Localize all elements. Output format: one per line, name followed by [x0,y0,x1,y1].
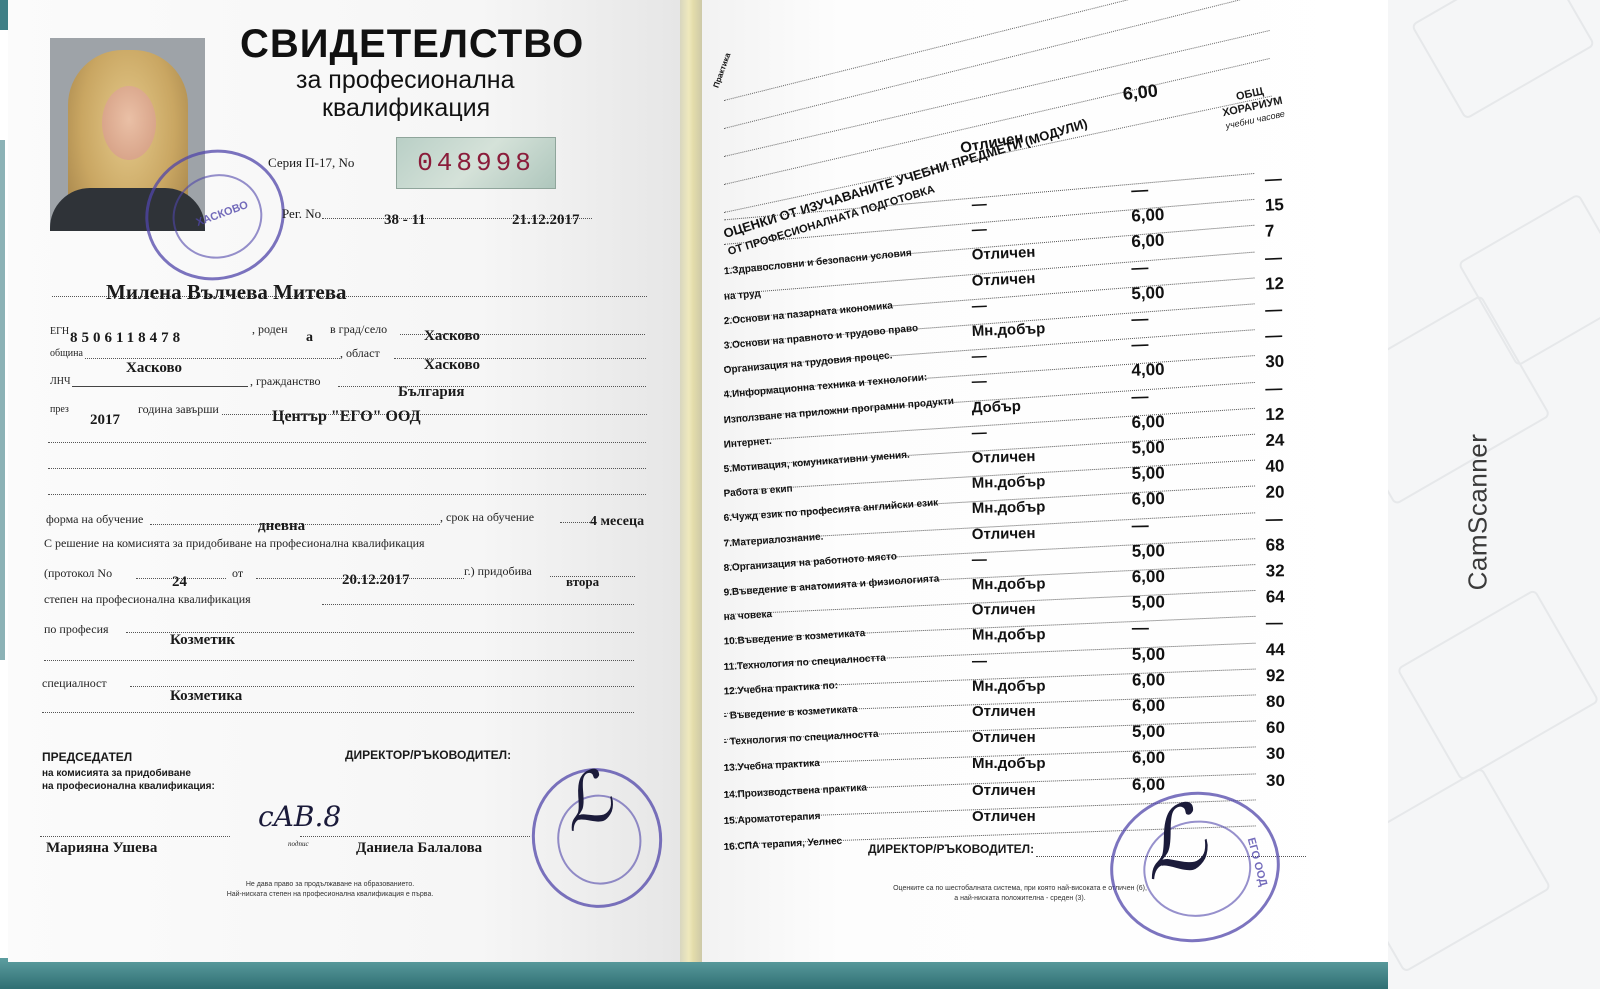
holder-name: Милена Вълчева Митева [106,280,347,305]
grade-word: Мн.добър [972,499,1046,518]
training-duration-value: 4 месеца [590,514,644,530]
protocol-label: (протокол No [44,566,112,581]
hours-value: 60 [1266,718,1285,738]
grade-number: 5,00 [1132,722,1165,742]
hours-value: — [1266,614,1283,634]
subject-name: на труд [723,288,761,303]
grade-word: Мн.добър [972,473,1046,492]
protocol-number: 24 [172,574,187,591]
grade-number: 5,00 [1131,283,1165,304]
egn-value: 8506118478 [70,330,184,347]
grade-number: 6,00 [1131,489,1165,510]
training-form-value: дневна [258,518,305,535]
camscanner-watermark: CamScanner [1463,434,1494,591]
certificate-subtitle-2: квалификация [322,94,490,123]
grade-number: — [1131,335,1149,356]
subject-name: - Въведение в козметиката [723,704,857,722]
hours-value: 12 [1265,274,1285,295]
born-suffix: а [306,330,313,346]
protocol-from-label: от [232,566,243,581]
subject-name: Интернет. [723,436,772,451]
municipality-label: община [50,348,83,359]
hours-value: — [1264,169,1282,190]
grade-word: Отличен [972,448,1036,467]
subject-name: Организация на трудовия процес. [723,350,893,376]
subject-name: 9.Въведение в анатомията и физиологията [723,573,939,598]
subject-name: 16.СПА терапия, Уелнес [723,836,842,853]
chair-sub-1: на комисията за придобиване [42,767,191,780]
serial-number: 048998 [396,137,556,189]
subject-name: на човека [723,609,772,623]
hours-value: 68 [1266,535,1285,555]
hours-value: 7 [1265,222,1275,242]
citizenship-value: България [398,384,465,401]
hours-value: — [1265,378,1283,399]
acquires-label: г.) придобива [464,564,532,579]
citizenship-label: , гражданство [250,374,321,389]
hours-value: 32 [1266,561,1285,581]
decision-text: С решение на комисията за придобиване на… [44,536,425,551]
grade-number: — [1131,180,1149,201]
grade-word: Мн.добър [972,677,1046,694]
grade-word: Отличен [971,244,1035,264]
grade-word: Мн.добър [972,575,1046,593]
registration-number: 38 - 11 [384,212,426,229]
town-label: в град/село [330,322,387,337]
subject-name: 8.Организация на работното място [723,551,897,574]
grade-word: Отличен [972,703,1036,720]
hours-value: 30 [1266,744,1285,764]
top-grade-number: 6,00 [1122,80,1159,105]
grade-number: 5,00 [1132,541,1165,562]
grade-number: 5,00 [1132,644,1165,664]
grade-word: — [971,196,987,214]
serial-label: Серия П-17, No [268,155,354,171]
grade-number: 6,00 [1131,231,1165,253]
grade-row: 13.Учебна практикаМн.добър6,0030 [724,752,1304,776]
degree-label: степен на професионална квалификация [44,592,251,607]
certificate-subtitle-1: за професионална [296,66,515,95]
grades-director-label: ДИРЕКТОР/РЪКОВОДИТЕЛ: [868,842,1034,856]
hours-value: 20 [1265,483,1284,503]
profession-value: Козметик [170,632,235,649]
subject-name: 6.Чужд език по професията английски език [723,498,938,525]
completed-label: година завърши [138,402,219,417]
hours-value: 12 [1265,404,1284,425]
director-heading: ДИРЕКТОР/РЪКОВОДИТЕЛ: [345,748,511,762]
left-footnote-2: Най-ниската степен на професионална квал… [70,890,590,899]
grade-number: — [1132,515,1149,535]
certificate-title: СВИДЕТЕЛСТВО [240,22,584,67]
grade-word: Мн.добър [972,755,1046,772]
grade-word: — [971,373,987,391]
hours-value: — [1265,509,1282,529]
grade-word: Отличен [972,729,1036,746]
booklet-spine [680,0,702,962]
hours-value: 30 [1265,352,1285,373]
subject-name: 4.Информационна техника и технологии: [723,373,927,402]
grade-number: 5,00 [1131,463,1165,484]
grade-number: 6,00 [1131,205,1165,227]
grade-word: — [972,424,987,441]
hours-value: 64 [1266,587,1285,607]
chair-signature: cAB.8 [258,800,341,833]
profession-label: по професия [44,622,109,637]
region-label: , област [340,346,380,361]
degree-value: втора [566,574,599,590]
hours-value: 15 [1264,195,1284,216]
grade-number: 6,00 [1132,670,1165,690]
town-value: Хасково [424,328,480,345]
registration-date: 21.12.2017 [512,212,580,229]
chair-sub-2: на професионална квалификация: [42,780,215,793]
scanner-watermark-panel [1388,0,1600,989]
hours-value: — [1265,300,1283,321]
born-label: , роден [252,322,288,337]
grade-word: Отличен [972,601,1036,619]
director-name: Даниела Балалова [356,840,482,857]
hours-value: 40 [1265,457,1284,477]
grade-number: — [1132,619,1149,639]
grade-word: — [971,297,987,315]
grade-word: Отличен [971,270,1035,290]
subject-name: 5.Мотивация, комуникативни умения. [723,450,910,476]
egn-label: ЕГН [50,326,69,337]
subject-name: 14.Производствена практика [723,782,867,800]
grade-number: 6,00 [1132,567,1165,587]
grade-word: — [972,551,987,568]
hours-value: 24 [1265,431,1284,451]
table-surface [0,958,1388,989]
lnch-label: ЛНЧ [50,376,71,387]
hours-value: 44 [1266,640,1285,660]
grade-word: Добър [972,397,1022,416]
hours-value: — [1265,248,1283,269]
grade-number: — [1131,258,1149,279]
grade-number: 6,00 [1132,748,1165,768]
grade-word: Отличен [972,782,1036,799]
grade-word: Мн.добър [971,320,1045,340]
grade-number: 5,00 [1132,593,1165,613]
year-value: 2017 [90,412,120,429]
subject-name: 13.Учебна практика [723,758,820,774]
year-label: през [50,404,69,415]
subject-name: - Технология по специалността [723,729,878,748]
hours-value: 80 [1266,692,1285,712]
grade-row: - Въведение в козметикатаОтличен6,0080 [724,700,1304,724]
institution-value: Център "ЕГО" ООД [272,408,421,426]
subject-name: 12.Учебна практика по: [723,680,838,697]
grade-row: 10.Въведение в козметикатаМн.добър—— [724,621,1304,650]
grade-word: — [971,221,987,239]
subject-name: 15.Ароматотерапия [723,811,820,827]
grade-number: — [1131,309,1149,330]
subject-name: 10.Въведение в козметиката [723,628,865,648]
subject-name: 7.Материалознание. [723,531,823,549]
grade-word: Отличен [972,808,1036,825]
specialty-label: специалност [42,676,107,691]
subject-name: 2.Основи на пазарната икономика [723,300,893,327]
specialty-value: Козметика [170,688,242,705]
grade-number: — [1131,386,1149,407]
training-form-label: форма на обучение [46,512,143,527]
grade-row: - Технология по специалносттаОтличен5,00… [724,726,1304,750]
training-duration-label: , срок на обучение [440,510,534,525]
grade-number: 4,00 [1131,360,1165,381]
signature-caption: подпис [288,840,309,848]
municipality-value: Хасково [126,360,182,377]
grade-word: — [971,348,987,366]
grade-number: 5,00 [1131,438,1165,459]
chair-heading: ПРЕДСЕДАТЕЛ [42,750,132,764]
scan-edge [0,140,5,660]
region-value: Хасково [424,357,480,374]
protocol-date: 20.12.2017 [342,572,410,589]
chair-name: Марияна Ушева [46,840,157,857]
grade-word: Мн.добър [972,626,1046,644]
subject-name: 11.Технология по специалността [723,652,886,672]
grade-word: Отличен [972,525,1036,543]
left-footnote-1: Не дава право за продължаване на образов… [70,880,590,889]
grade-number: 6,00 [1132,696,1165,716]
grade-word: — [972,652,987,669]
registration-label: Рег. No [282,206,321,222]
grade-number: 6,00 [1131,412,1165,433]
hours-value: 92 [1266,666,1285,686]
hours-value: — [1265,326,1283,347]
hours-value: 30 [1266,771,1285,791]
subject-name: Работа в екип [723,484,793,500]
